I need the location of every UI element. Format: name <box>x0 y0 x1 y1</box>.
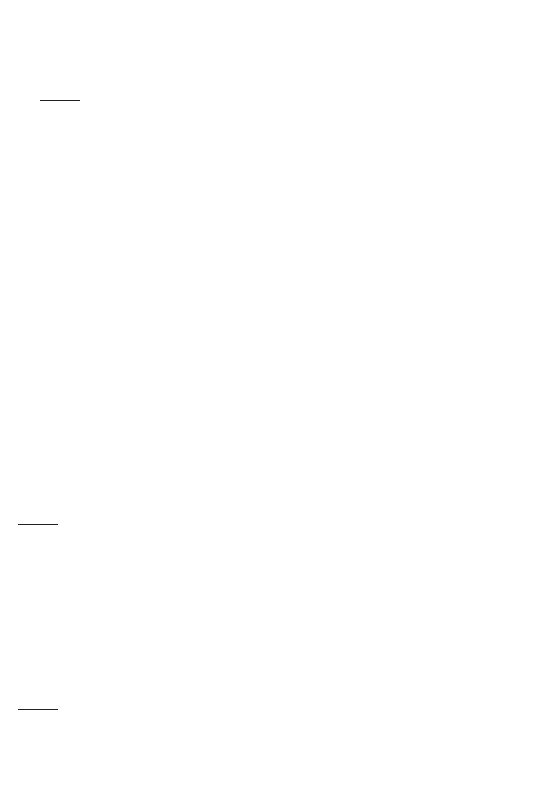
q100-options <box>0 351 550 371</box>
q104-stem-line1 <box>16 695 60 715</box>
q99-options <box>0 271 550 291</box>
q97-stem-line2 <box>38 86 82 106</box>
q102-options <box>0 563 550 583</box>
exam-page <box>0 0 550 809</box>
q104-fill-blank <box>18 695 58 710</box>
q98-options-row1 <box>0 165 550 185</box>
q103-options-row1 <box>0 642 550 662</box>
q103-options-row2 <box>0 669 550 689</box>
q102-stem-line1 <box>16 510 60 530</box>
q97-options <box>0 112 550 132</box>
q97-fill-blank <box>40 86 80 101</box>
q102-fill-blank <box>18 510 58 525</box>
q98-options-row2 <box>0 192 550 212</box>
